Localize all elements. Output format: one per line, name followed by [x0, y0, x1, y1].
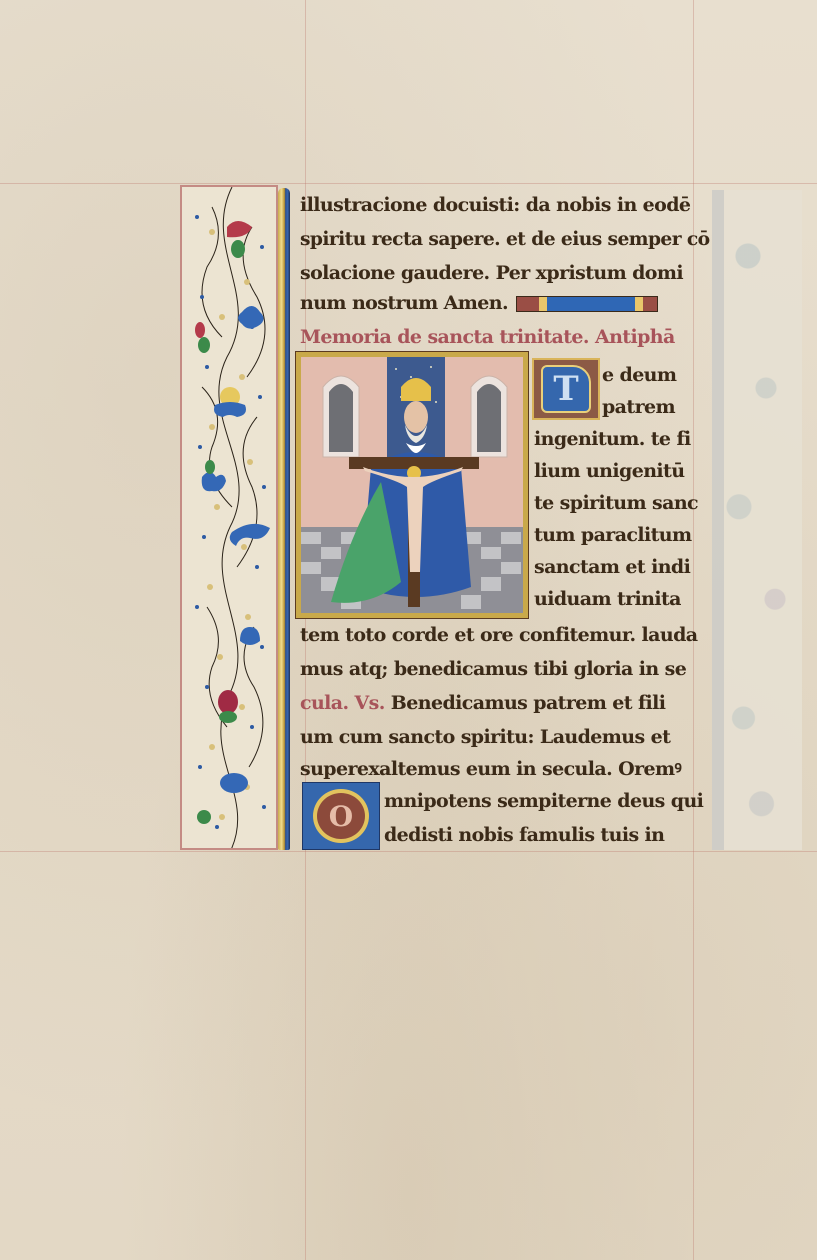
versicle-text: Benedicamus patrem et fili: [385, 692, 666, 714]
trinity-painting-icon: [301, 357, 523, 613]
amen-text: num nostrum Amen.: [300, 292, 508, 314]
oratio-line-2: dedisti nobis famulis tuis in: [384, 818, 710, 852]
trinity-miniature: [296, 352, 528, 618]
text-line-full-2: mus atq; benedicamus tibi gloria in se: [300, 652, 710, 686]
antiphon-line-6: tum paraclitum: [534, 518, 710, 552]
text-line-full-4: um cum sancto spiritu: Laudemus et: [300, 720, 710, 754]
decorated-initial-o: O: [302, 782, 380, 850]
initial-o-letter: O: [313, 789, 369, 843]
antiphon-line-1: e deum: [602, 358, 712, 392]
antiphon-line-7: sanctam et indi: [534, 550, 710, 584]
text-line-1: illustracione docuisti: da nobis in eodē: [300, 188, 710, 222]
manuscript-page: illustracione docuisti: da nobis in eodē…: [0, 0, 817, 1260]
text-line-2: spiritu recta sapere. et de eius semper …: [300, 222, 703, 256]
antiphon-line-4: lium unigenitū: [534, 454, 710, 488]
text-line-full-5: superexaltemus eum in secula. Oremꝰ: [300, 752, 710, 786]
text-line-3: solacione gaudere. Per xpristum domi: [300, 256, 710, 290]
line-filler-ornament: [516, 296, 658, 312]
text-line-full-1: tem toto corde et ore confitemur. lauda: [300, 618, 710, 652]
antiphon-line-5: te spiritum sanc: [534, 486, 710, 520]
initial-t-letter: T: [541, 365, 591, 413]
floral-border: [180, 185, 278, 850]
versicle-rubric: cula. Vs.: [300, 692, 385, 714]
rubric-heading: Memoria de sancta trinitate. Antiphā: [300, 320, 710, 354]
antiphon-line-2: patrem: [602, 390, 712, 424]
offset-border-ghost: [712, 190, 802, 850]
gold-blue-border-bar: [278, 188, 290, 850]
text-line-4: num nostrum Amen.: [300, 286, 710, 320]
antiphon-line-3: ingenitum. te fi: [534, 422, 710, 456]
floral-vine-icon: [182, 187, 278, 850]
ruling-line-top: [0, 183, 817, 184]
text-line-full-3: cula. Vs. Benedicamus patrem et fili: [300, 686, 710, 720]
decorated-initial-t: T: [532, 358, 600, 420]
antiphon-line-8: uiduam trinita: [534, 582, 710, 616]
oratio-line-1: mnipotens sempiterne deus qui: [384, 784, 710, 818]
